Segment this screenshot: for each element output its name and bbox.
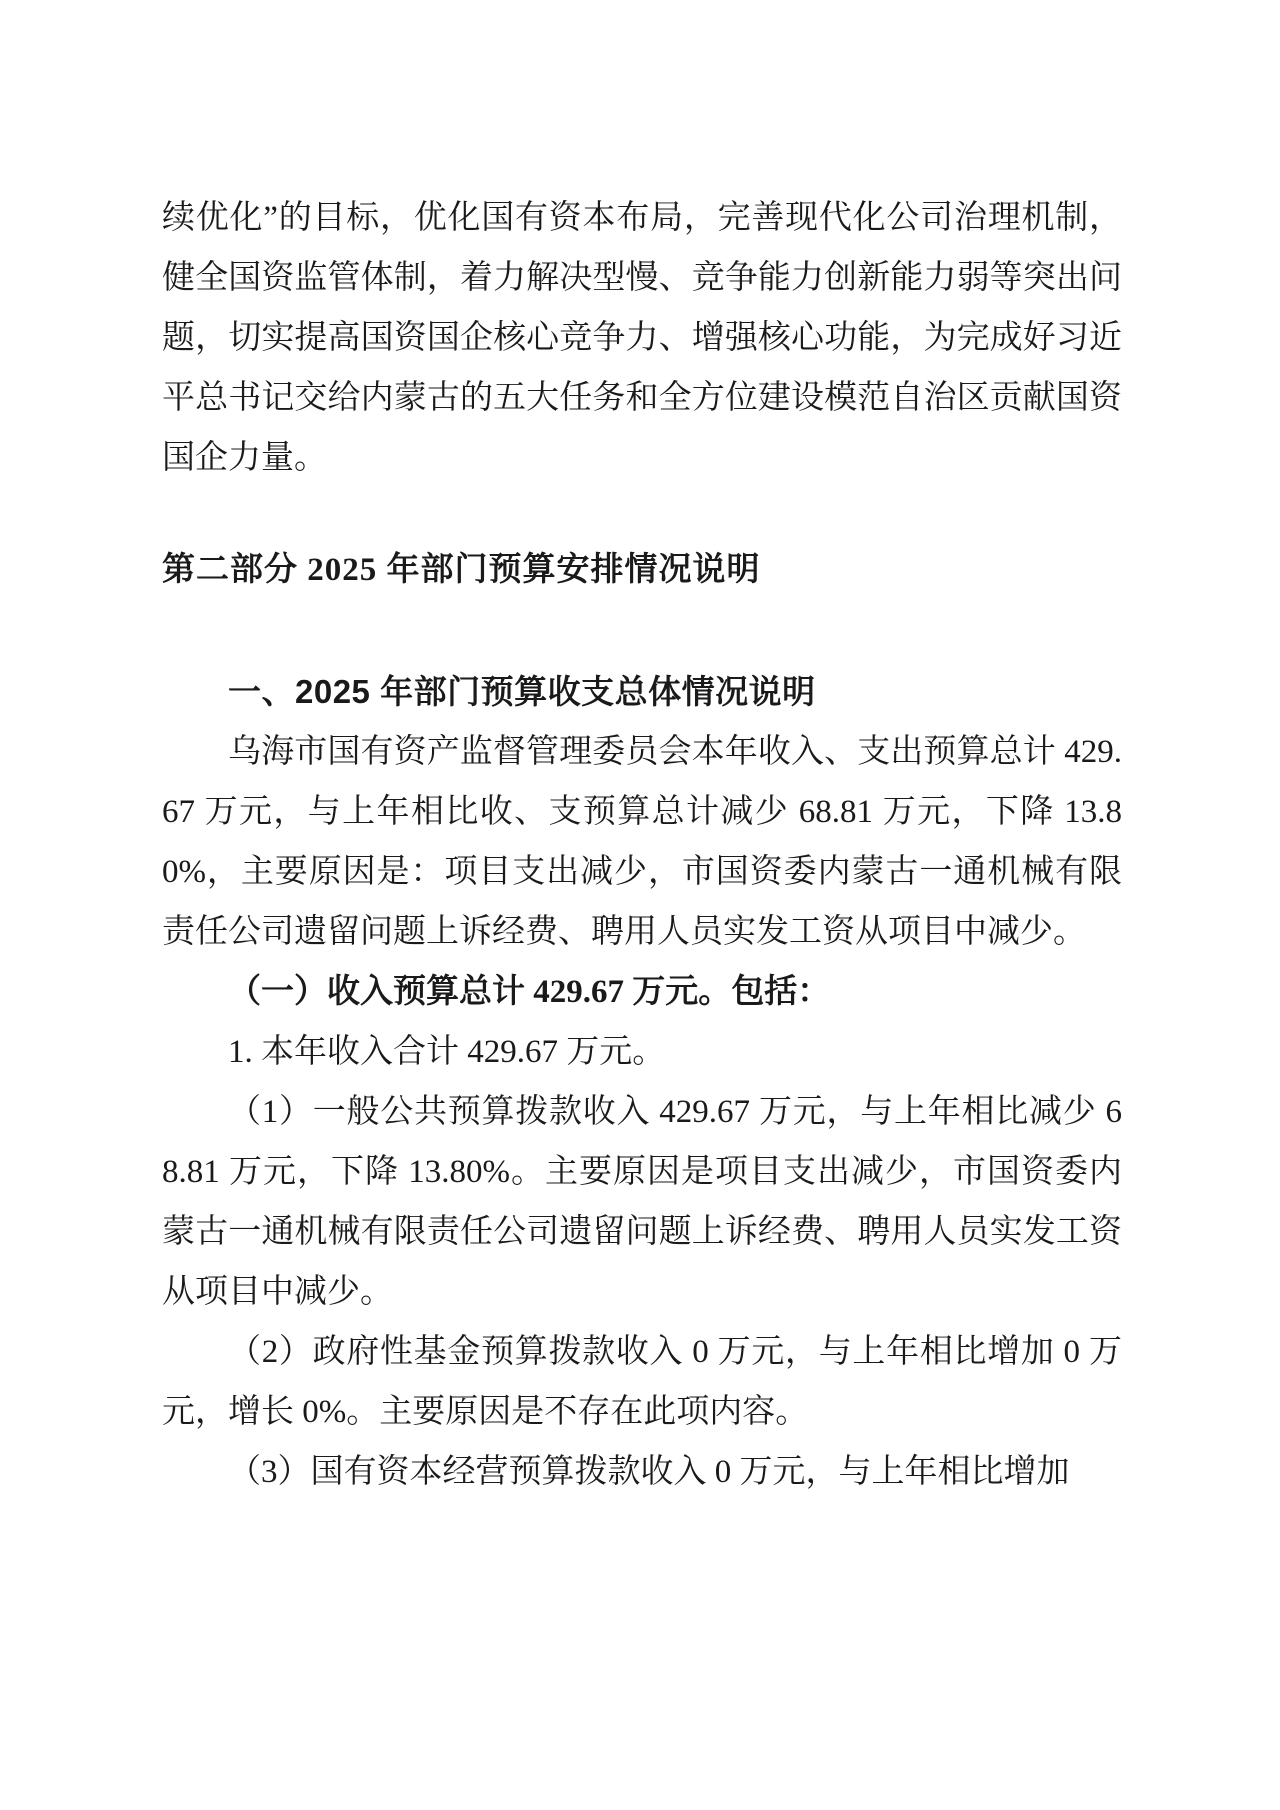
para-budget-overview: 乌海市国有资产监督管理委员会本年收入、支出预算总计 429.67 万元，与上年相…: [162, 722, 1122, 962]
document-page: 续优化”的目标，优化国有资本布局，完善现代化公司治理机制，健全国资监管体制，着力…: [0, 0, 1280, 1810]
para-income-govt-fund: （2）政府性基金预算拨款收入 0 万元，与上年相比增加 0 万元，增长 0%。主…: [162, 1322, 1122, 1442]
subsection-heading-overview: 一、2025 年部门预算收支总体情况说明: [162, 662, 1122, 722]
para-income-total-heading: （一）收入预算总计 429.67 万元。包括：: [162, 962, 1122, 1022]
para-continuation-goals: 续优化”的目标，优化国有资本布局，完善现代化公司治理机制，健全国资监管体制，着力…: [162, 188, 1122, 488]
section-heading-part2: 第二部分 2025 年部门预算安排情况说明: [162, 540, 1122, 600]
para-income-general-public: （1）一般公共预算拨款收入 429.67 万元，与上年相比减少 68.81 万元…: [162, 1082, 1122, 1322]
para-income-state-capital: （3）国有资本经营预算拨款收入 0 万元，与上年相比增加: [162, 1442, 1122, 1502]
para-income-item-1: 1. 本年收入合计 429.67 万元。: [162, 1022, 1122, 1082]
